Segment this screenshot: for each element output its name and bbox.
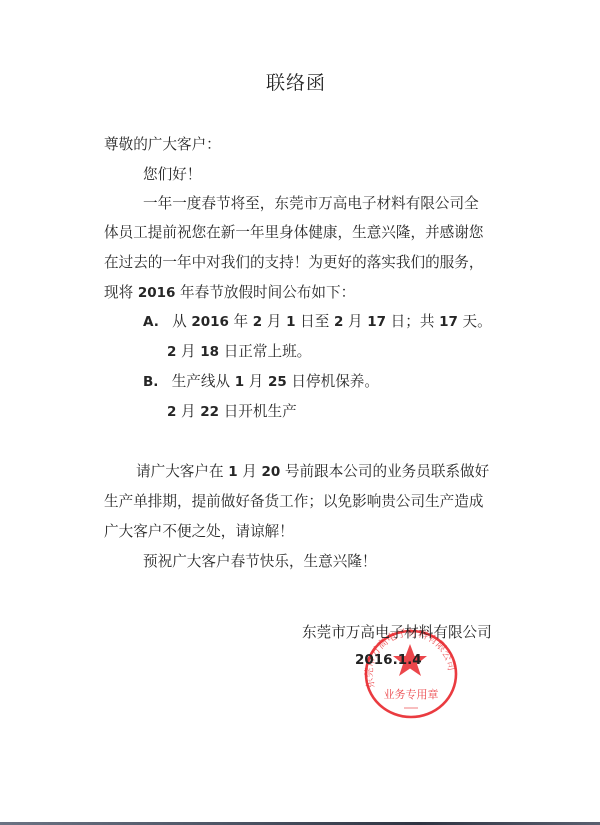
paragraph1-line2: 体员工提前祝您在新一年里身体健康，生意兴隆，并感谢您 [104,224,483,242]
number: 2 [253,314,262,330]
text-segment: 请广大客户在 [136,463,228,480]
signature-company: 东莞市万高电子材料有限公司 [302,621,492,642]
text-segment: 月 [343,313,367,330]
number: 25 [268,374,287,390]
number: 22 [200,404,219,420]
letter-title: 联络函 [0,68,600,95]
text-segment: 月 [176,343,200,360]
number: 2016 [191,314,229,330]
text-segment: 日停机保养。 [287,373,379,390]
text-segment: 号前跟本公司的业务员联系做好 [280,463,489,480]
closing-wish: 预祝广大客户春节快乐，生意兴隆！ [143,553,377,571]
number: 17 [439,314,458,330]
text-segment: 现将 [104,284,138,301]
number: 1 [235,374,244,390]
text-segment: 月 [244,373,268,390]
signature-date: 2016.1.4 [355,652,422,668]
list-marker: A. [143,314,159,330]
schedule-item-a: A. 从 2016 年 2 月 1 日至 2 月 17 日；共 17 天。 [143,313,492,331]
text-segment: 日至 [295,313,333,330]
text-segment: 日；共 [386,313,439,330]
salutation: 尊敬的广大客户： [104,136,221,154]
text-segment: 月 [238,463,262,480]
letter-title-text: 联络函 [266,68,326,95]
text-segment: 从 [172,313,191,330]
paragraph1-line3: 在过去的一年中对我们的支持！为更好的落实我们的服务， [104,254,483,272]
paragraph1-line1: 一年一度春节将至，东莞市万高电子材料有限公司全 [143,195,479,213]
number: 18 [200,344,219,360]
text-segment: 年春节放假时间公布如下： [175,284,355,301]
number: 1 [228,464,237,480]
paragraph2-line3: 广大客户不便之处，请谅解！ [104,523,294,541]
text-segment: 年 [229,313,253,330]
list-marker: B. [143,374,158,390]
schedule-item-a-sub: 2 月 18 日正常上班。 [167,343,311,361]
paragraph2-line2: 生产单排期，提前做好备货工作；以免影响贵公司生产造成 [104,493,483,511]
stamp-inner-text: 业务专用章 [384,687,439,701]
paragraph1-line4: 现将 2016 年春节放假时间公布如下： [104,284,355,302]
text-segment: 生产线从 [172,373,235,390]
number: 2 [334,314,343,330]
schedule-item-b: B. 生产线从 1 月 25 日停机保养。 [143,373,379,391]
text-segment: 月 [176,403,200,420]
letter-page: 联络函 尊敬的广大客户： 您们好！ 一年一度春节将至，东莞市万高电子材料有限公司… [0,0,600,825]
text-segment: 日正常上班。 [219,343,311,360]
text-segment: 日开机生产 [219,403,297,420]
number: 17 [367,314,386,330]
text-segment: 天。 [458,313,492,330]
number: 20 [261,464,280,480]
text-segment: 月 [262,313,286,330]
paragraph2-line1: 请广大客户在 1 月 20 号前跟本公司的业务员联系做好 [136,463,489,481]
number: 2 [167,404,176,420]
schedule-item-b-sub: 2 月 22 日开机生产 [167,403,297,421]
number: 2 [167,344,176,360]
greeting: 您们好！ [143,166,201,184]
year-number: 2016 [138,285,176,301]
